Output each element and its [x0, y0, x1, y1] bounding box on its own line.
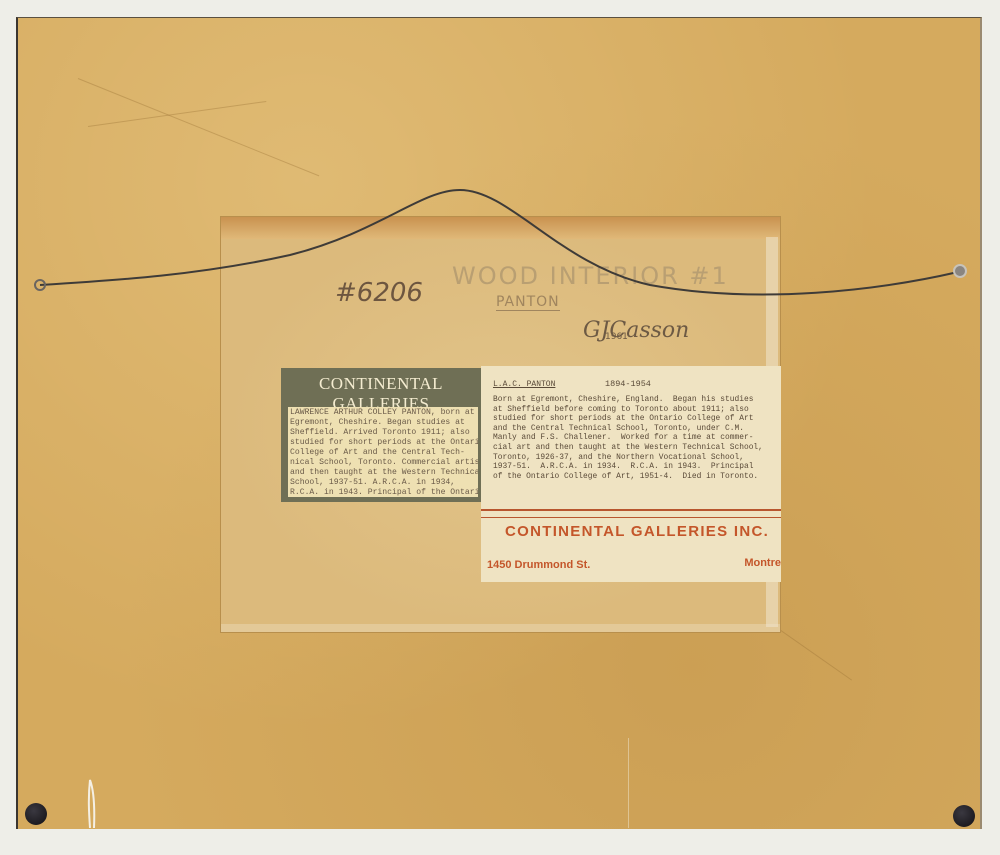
- screw-bottom-right: [953, 805, 975, 827]
- white-string: [86, 778, 98, 828]
- wire-eyelet-right: [954, 265, 966, 277]
- screw-bottom-left: [25, 803, 47, 825]
- hanging-wire: [0, 0, 1000, 855]
